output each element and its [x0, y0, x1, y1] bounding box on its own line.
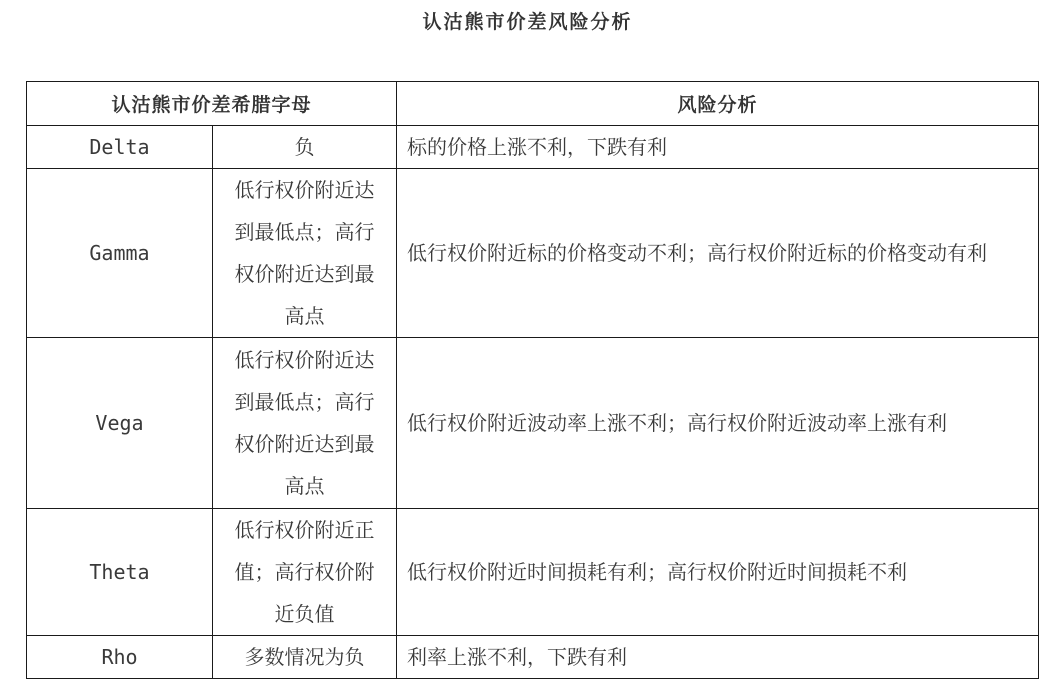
- greek-value-cell: 低行权价附近正 值；高行权价附 近负值: [213, 509, 397, 636]
- table-header-risk: 风险分析: [397, 82, 1039, 126]
- risk-analysis-cell: 利率上涨不利，下跌有利: [397, 636, 1039, 679]
- greek-name-cell: Gamma: [27, 169, 213, 338]
- greek-value-cell: 低行权价附近达 到最低点；高行 权价附近达到最 高点: [213, 169, 397, 338]
- greek-value-cell: 负: [213, 126, 397, 169]
- risk-analysis-cell: 低行权价附近时间损耗有利；高行权价附近时间损耗不利: [397, 509, 1039, 636]
- table-row-gamma: Gamma 低行权价附近达 到最低点；高行 权价附近达到最 高点 低行权价附近标…: [27, 169, 1039, 338]
- table-row-rho: Rho 多数情况为负 利率上涨不利，下跌有利: [27, 636, 1039, 679]
- document-page: 认沽熊市价差风险分析 认沽熊市价差希腊字母 风险分析 Delta 负 标的价格上…: [0, 0, 1055, 682]
- greek-value-cell: 低行权价附近达 到最低点；高行 权价附近达到最 高点: [213, 338, 397, 509]
- greek-name-cell: Vega: [27, 338, 213, 509]
- table-header-row: 认沽熊市价差希腊字母 风险分析: [27, 82, 1039, 126]
- table-row-theta: Theta 低行权价附近正 值；高行权价附 近负值 低行权价附近时间损耗有利；高…: [27, 509, 1039, 636]
- table-row-vega: Vega 低行权价附近达 到最低点；高行 权价附近达到最 高点 低行权价附近波动…: [27, 338, 1039, 509]
- risk-analysis-cell: 低行权价附近标的价格变动不利；高行权价附近标的价格变动有利: [397, 169, 1039, 338]
- risk-analysis-cell: 低行权价附近波动率上涨不利；高行权价附近波动率上涨有利: [397, 338, 1039, 509]
- table-header-greeks: 认沽熊市价差希腊字母: [27, 82, 397, 126]
- table-row-delta: Delta 负 标的价格上涨不利，下跌有利: [27, 126, 1039, 169]
- risk-analysis-cell: 标的价格上涨不利，下跌有利: [397, 126, 1039, 169]
- document-title: 认沽熊市价差风险分析: [0, 7, 1055, 34]
- greek-value-cell: 多数情况为负: [213, 636, 397, 679]
- risk-analysis-table: 认沽熊市价差希腊字母 风险分析 Delta 负 标的价格上涨不利，下跌有利 Ga…: [26, 81, 1039, 679]
- greek-name-cell: Rho: [27, 636, 213, 679]
- greek-name-cell: Delta: [27, 126, 213, 169]
- greek-name-cell: Theta: [27, 509, 213, 636]
